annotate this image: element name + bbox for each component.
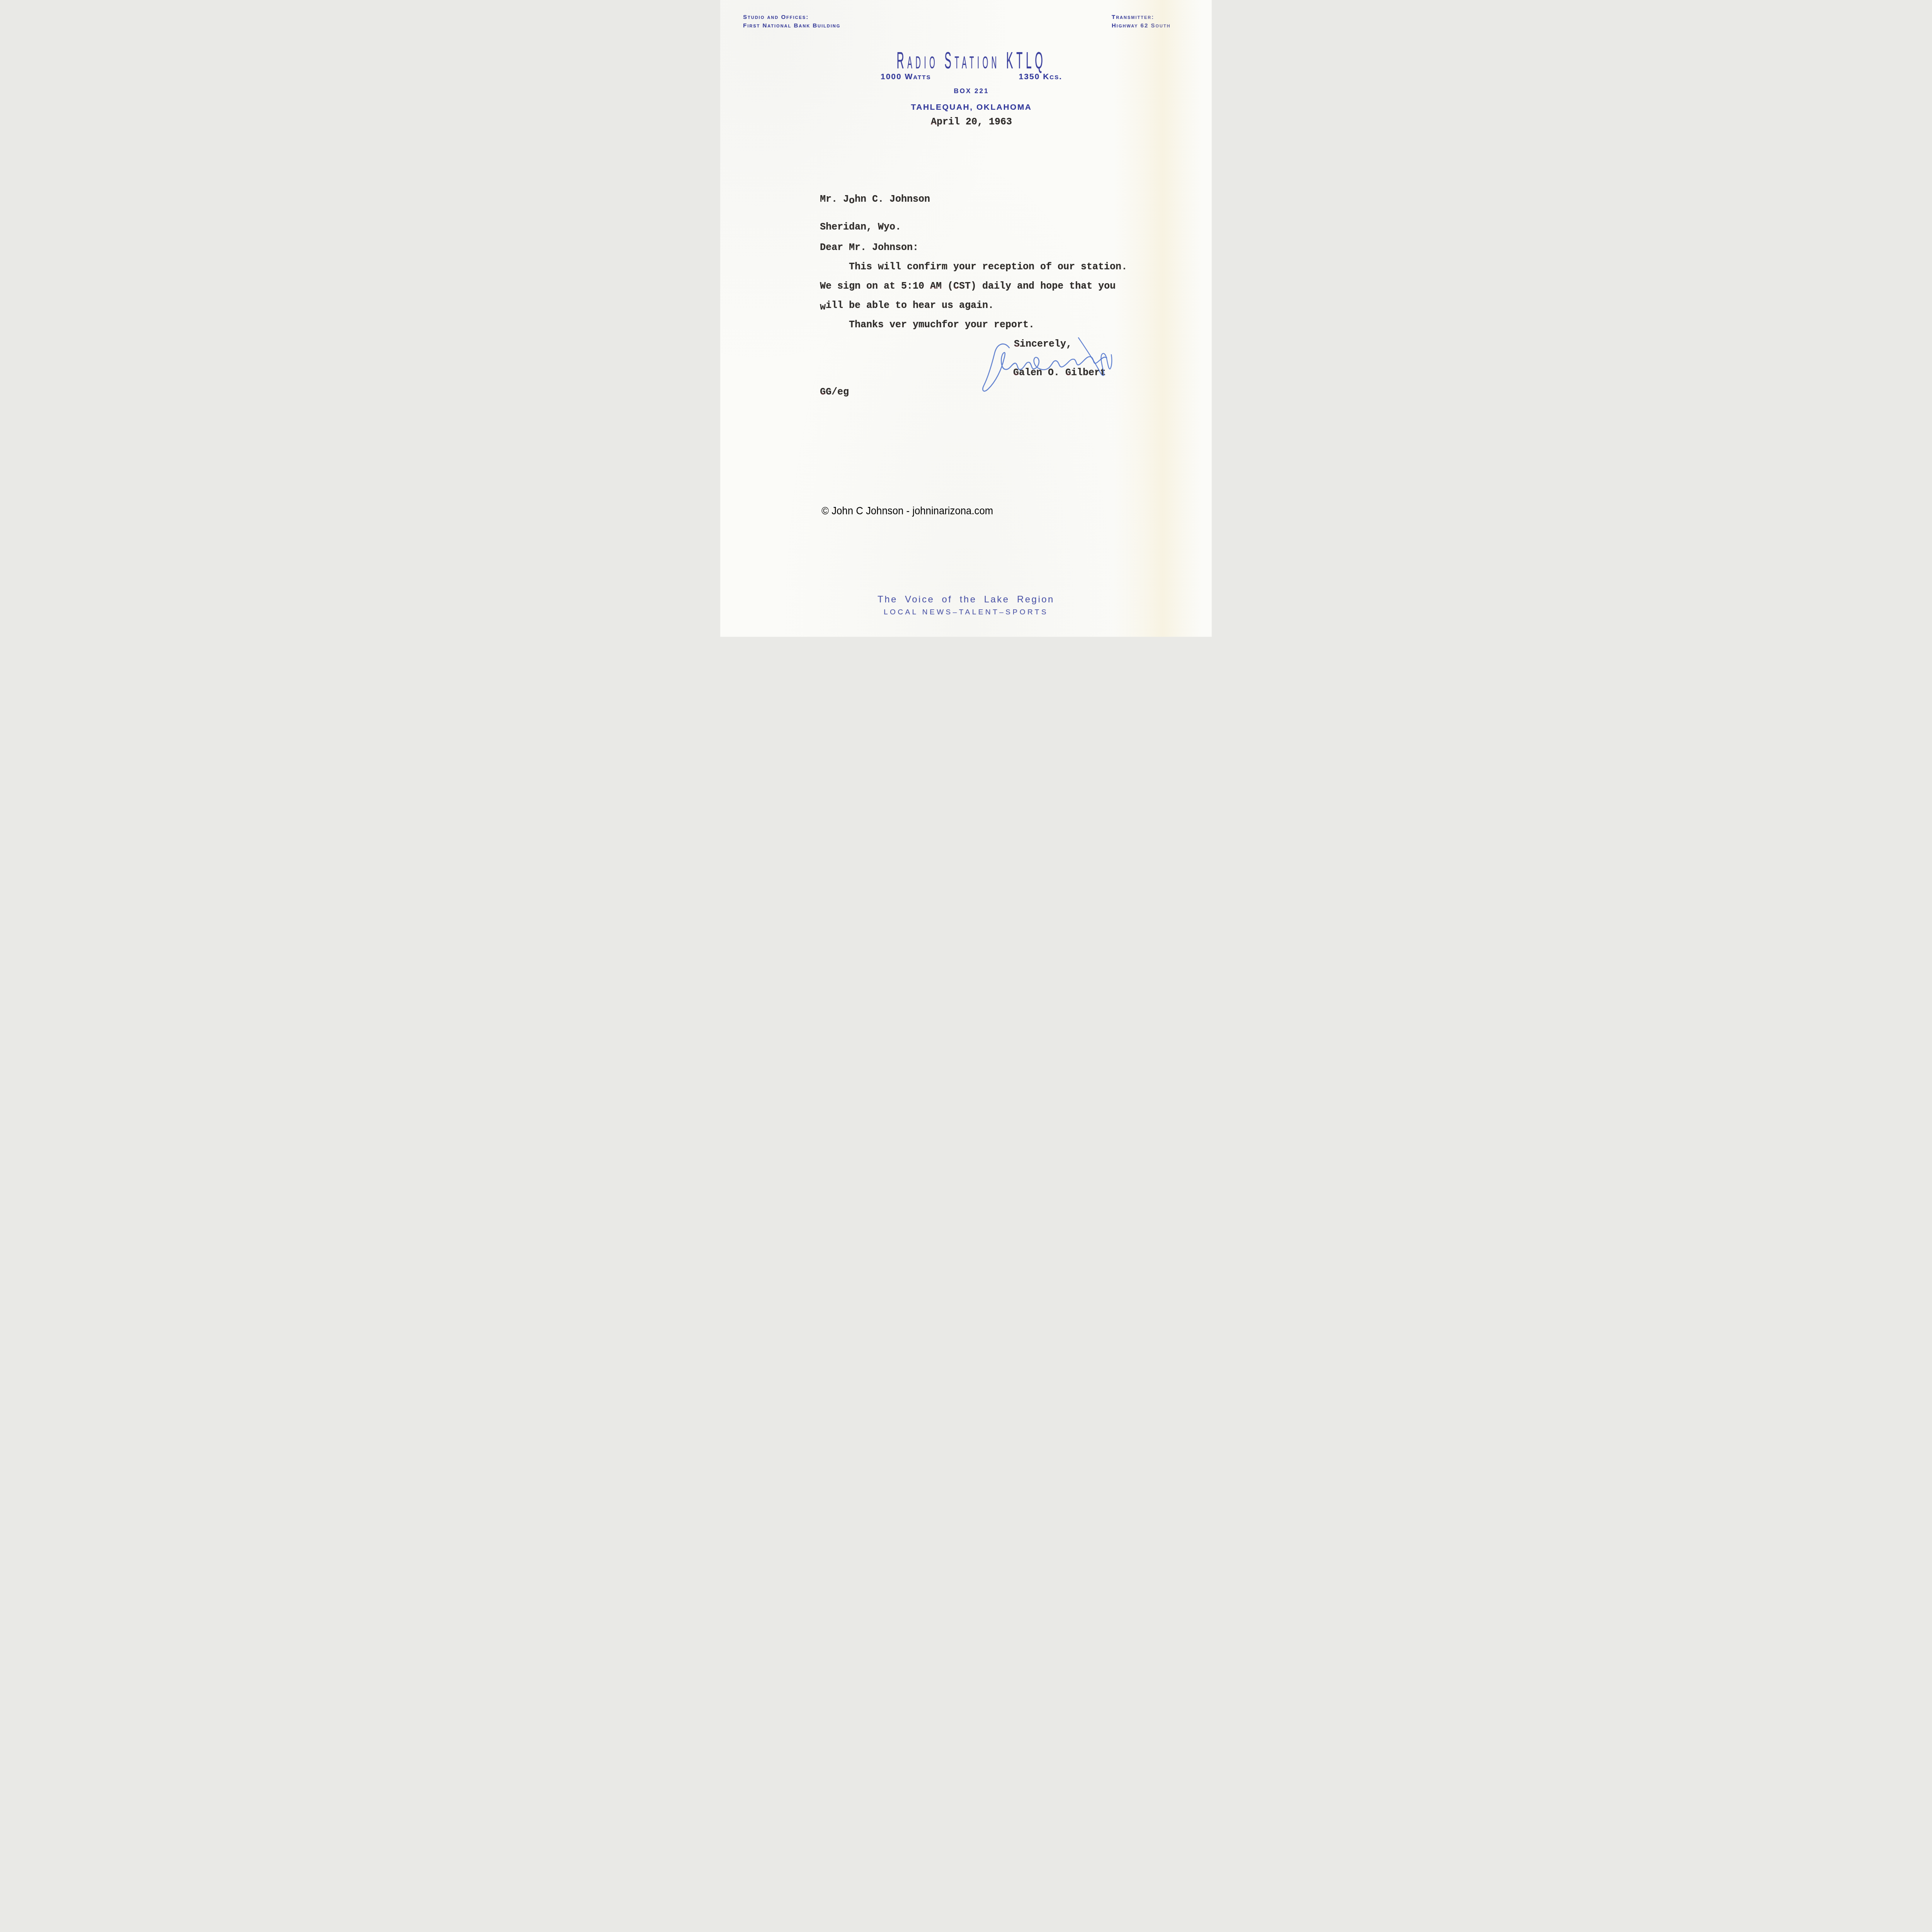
transmitter-block: Transmitter: Highway 62 South [1112,13,1171,30]
letter-line-address-city: Sheridan, Wyo. [820,221,901,233]
letter-line-salutation: Dear Mr. Johnson: [820,242,918,253]
station-frequency: 1350 Kcs. [1019,72,1062,82]
letter-line-body-2: We sign on at 5:10 AM (CST) daily and ho… [820,281,1116,292]
date-line: April 20, 1963 [931,116,1012,128]
signature-stroke-main [983,344,1107,391]
station-title-text: Radio Station KTLQ [897,47,1046,75]
signature-ink [979,335,1114,397]
typed-text: G/eg [826,386,849,398]
typed-text: Dear Mr. Johnson: [820,242,918,253]
red-tinged-text: C [953,281,959,292]
station-title: Radio Station KTLQ [720,47,1212,62]
transmitter-value: Highway 62 South [1112,22,1171,30]
studio-offices-block: Studio and Offices: First National Bank … [743,13,840,30]
typed-text: ST) daily and hope that you [959,281,1116,292]
red-tinged-text: AM [930,281,942,292]
typed-text: ill be able to hear us again. [826,300,994,311]
typed-text: Thanks ver ymuchfor your report. [820,319,1034,331]
station-power: 1000 Watts [881,72,931,82]
signature-stroke-flourish [1078,338,1112,376]
studio-offices-value: First National Bank Building [743,22,840,30]
typed-text: This will confirm your reception of our … [820,261,1127,273]
typed-text: We sign on at 5:10 [820,281,930,292]
letter-line-addressee: Mr. John C. Johnson [820,194,930,205]
transmitter-label: Transmitter: [1112,13,1171,22]
power-frequency-row: 1000 Watts 1350 Kcs. [881,72,1062,82]
dropped-char: w [820,301,826,313]
dropped-char: o [849,195,855,207]
typed-text: pril 20, 1963 [937,116,1012,128]
typed-text: ( [942,281,953,292]
letter-line-initials: GG/eg [820,386,849,398]
typed-text: hn C. Johnson [855,194,930,205]
letter-line-body-1: This will confirm your reception of our … [820,261,1127,273]
red-tinged-text: A [931,116,937,128]
typed-text: Sheridan, Wyo. [820,221,901,233]
letter-line-body-3: will be able to hear us again. [820,300,994,311]
po-box-line: BOX 221 [720,87,1212,95]
red-tinged-text: G [820,386,826,398]
footer-services: LOCAL NEWS–TALENT–SPORTS [720,608,1212,617]
scanned-letter-page: Studio and Offices: First National Bank … [720,0,1212,637]
letter-line-body-4: Thanks ver ymuchfor your report. [820,319,1034,331]
footer-slogan: The Voice of the Lake Region [720,594,1212,605]
city-state-line: TAHLEQUAH, OKLAHOMA [720,103,1212,112]
typed-text: Mr. J [820,194,849,205]
copyright-watermark: © John C Johnson - johninarizona.com [821,505,993,517]
studio-offices-label: Studio and Offices: [743,13,840,22]
